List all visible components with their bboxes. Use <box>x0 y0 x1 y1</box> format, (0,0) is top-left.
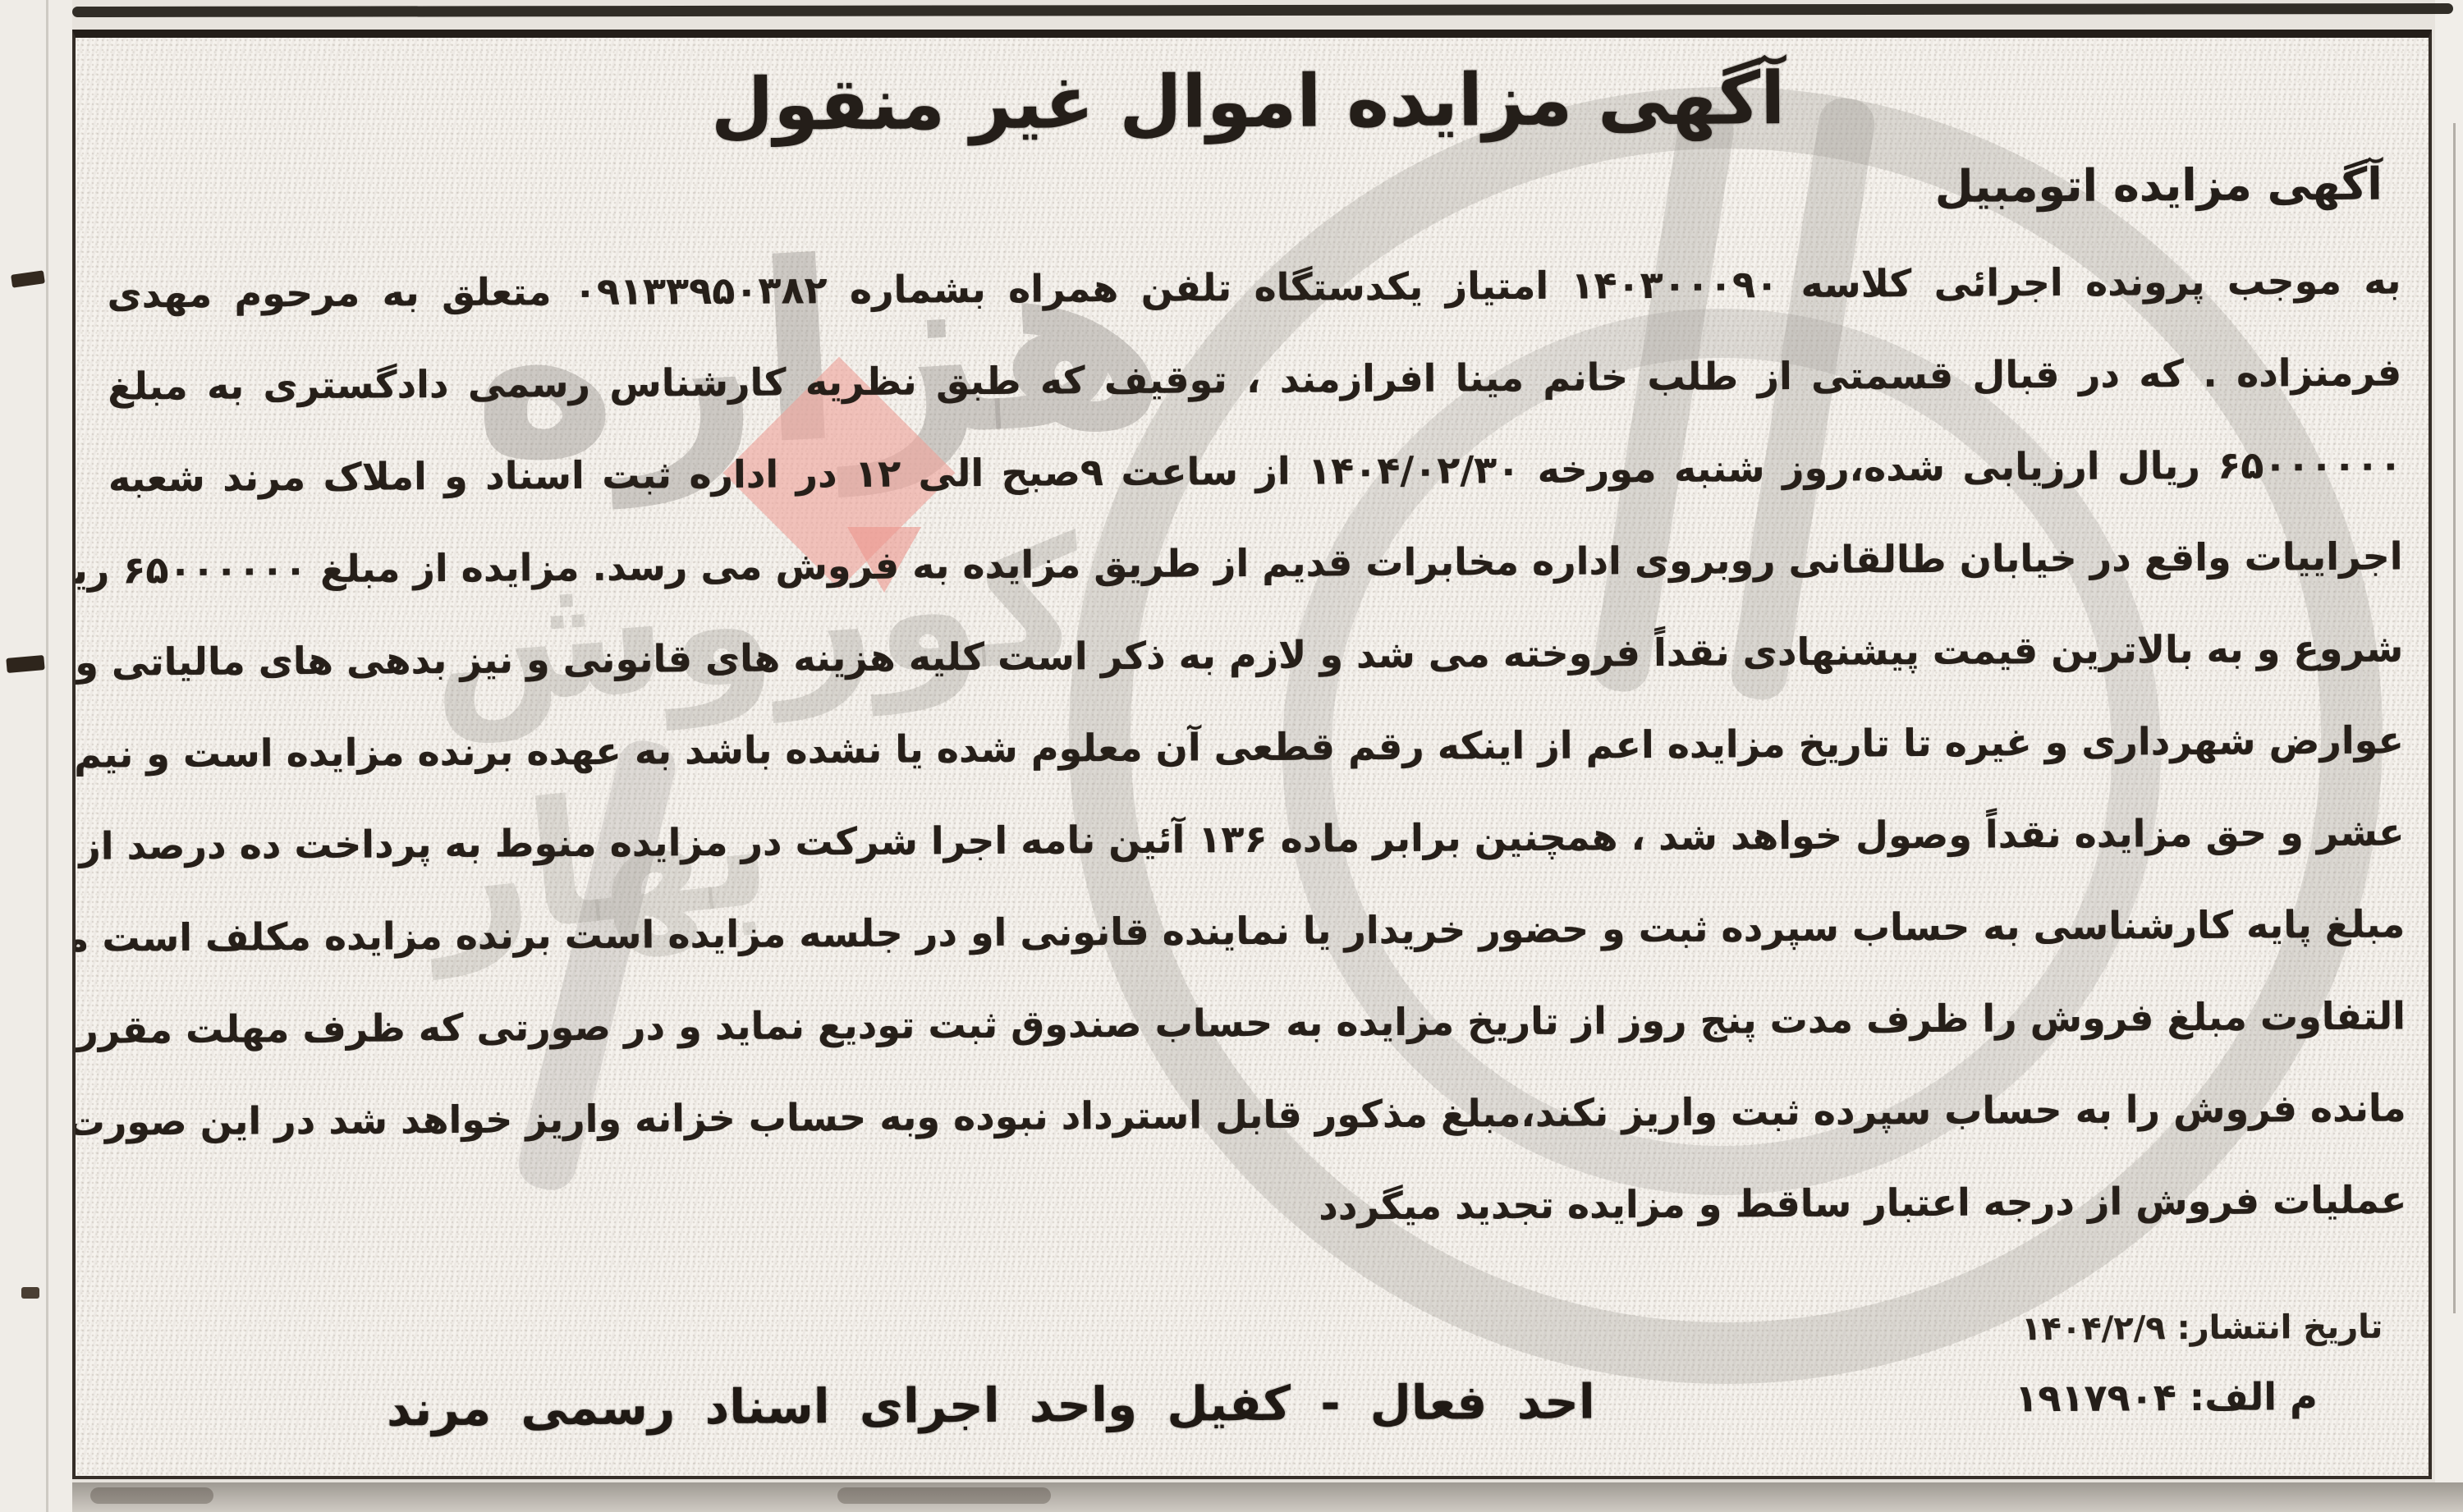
scan-right-margin <box>2435 0 2463 1512</box>
scan-left-margin <box>0 0 72 1512</box>
body-line: مانده فروش را به حساب سپرده ثبت واریز نک… <box>112 1061 2406 1167</box>
signature-line: احد فعال - کفیل واحد اجرای اسناد رسمی مر… <box>211 1372 1771 1438</box>
scan-smudge <box>90 1487 213 1504</box>
body-line: التفاوت مبلغ فروش را ظرف مدت پنج روز از … <box>112 969 2406 1075</box>
publish-date: تاریخ انتشار: ۱۴۰۴/۲/۹ <box>2021 1308 2383 1349</box>
notice-paper: هزاره کوروش بهار آگهی مزایده اموال غیر م… <box>72 30 2432 1479</box>
notice-content: آگهی مزایده اموال غیر منقول آگهی مزایده … <box>72 30 2432 1479</box>
scanned-newspaper-notice: { "doc": { "title": "آگهی مزایده اموال غ… <box>0 0 2463 1512</box>
body-line: عشر و حق مزایده نقداً وصول خواهد شد ، هم… <box>110 786 2405 891</box>
scan-ink-mark <box>21 1287 39 1299</box>
body-line: مبلغ پایه کارشناسی به حساب سپرده ثبت و ح… <box>111 877 2406 983</box>
body-line: ۶۵۰۰۰۰۰۰ ریال ارزیابی شده،روز شنبه مورخه… <box>108 418 2403 524</box>
notice-subtitle: آگهی مزایده اتومبیل <box>72 158 2425 224</box>
scan-edge-line <box>2453 123 2456 1313</box>
notice-title: آگهی مزایده اموال غیر منقول <box>72 30 2424 151</box>
body-line: عملیات فروش از درجه اعتبار ساقط و مزایده… <box>112 1153 2407 1259</box>
body-line: فرمنزاده . که در قبال قسمتی از طلب خانم … <box>108 326 2402 432</box>
paper-crease-line <box>46 0 48 1512</box>
body-line: شروع و به بالاترین قیمت پیشنهادی نقداً ف… <box>109 602 2404 708</box>
body-line: عوارض شهرداری و غیره تا تاریخ مزایده اعم… <box>110 694 2405 800</box>
m-alef-number: م الف: ۱۹۱۷۹۰۴ <box>2015 1374 2318 1420</box>
body-line: به موجب پرونده اجرائی کلاسه ۱۴۰۳۰۰۰۹۰ ام… <box>107 234 2401 340</box>
notice-body: به موجب پرونده اجرائی کلاسه ۱۴۰۳۰۰۰۹۰ ام… <box>72 234 2431 1259</box>
scan-bottom-edge <box>72 1482 2463 1512</box>
body-line: اجراییات واقع در خیابان طالقانی روبروی ا… <box>108 510 2403 616</box>
scan-smudge <box>837 1487 1051 1504</box>
top-rule-smudge <box>72 3 2453 17</box>
